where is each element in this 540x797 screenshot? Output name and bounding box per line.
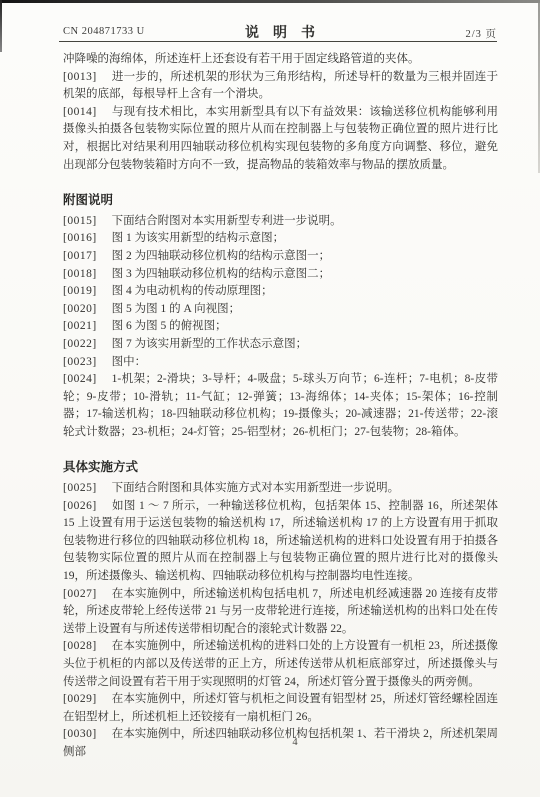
- header-divider: [59, 41, 497, 42]
- paragraph-text: 图 6 为图 5 的俯视图；: [112, 320, 227, 332]
- paragraph-text: 图 3 为四轴联动移位机构的结构示意图二；: [112, 268, 331, 280]
- paragraph: [0026]如图 1 ～ 7 所示，一种输送移位机构，包括架体 15、控制器 1…: [63, 498, 498, 586]
- paragraph-text: 图中：: [112, 356, 147, 368]
- patent-specification-page: CN 204871733 U 说明书 2/3 页 冲降噪的海绵体，所述连杆上还套…: [0, 0, 540, 797]
- paragraph-text: 图 1 为该实用新型的结构示意图；: [112, 232, 285, 244]
- paragraph-text: 在本实施例中，所述输送机构的进料口处的上方设置有一机柜 23，所述摄像头位于机柜…: [63, 640, 498, 687]
- section-heading: 附图说明: [63, 192, 498, 210]
- paragraph: [0014]与现有技术相比，本实用新型具有以下有益效果：该输送移位机构能够利用摄…: [63, 104, 498, 174]
- paragraph-text: 如图 1 ～ 7 所示，一种输送移位机构，包括架体 15、控制器 16，所述架体…: [63, 500, 498, 582]
- paragraph: [0018]图 3 为四轴联动移位机构的结构示意图二；: [63, 266, 498, 284]
- paragraph-text: 图 2 为四轴联动移位机构的结构示意图一；: [112, 250, 331, 262]
- paragraph: [0022]图 7 为该实用新型的工作状态示意图；: [63, 336, 498, 354]
- paragraph-number: [0021]: [63, 318, 97, 336]
- footer-page-number: 4: [0, 737, 540, 748]
- paragraph-number: [0026]: [63, 498, 97, 516]
- document-body: 冲降噪的海绵体，所述连杆上还套设有若干用于固定线路管道的夹体。[0013]进一步…: [63, 51, 498, 762]
- paragraph-number: [0013]: [63, 69, 97, 87]
- paragraph-number: [0016]: [63, 230, 97, 248]
- paragraph: [0015]下面结合附图对本实用新型专利进一步说明。: [63, 213, 498, 231]
- paragraph: 冲降噪的海绵体，所述连杆上还套设有若干用于固定线路管道的夹体。: [63, 51, 498, 69]
- document-title: 说明书: [63, 22, 497, 42]
- paragraph-number: [0022]: [63, 336, 97, 354]
- scan-edge-top: [0, 0, 540, 3]
- paragraph: [0017]图 2 为四轴联动移位机构的结构示意图一；: [63, 248, 498, 266]
- paragraph-text: 1-机架；2-滑块；3-导杆；4-吸盘；5-球头万向节；6-连杆；7-电机；8-…: [63, 373, 498, 438]
- paragraph-number: [0024]: [63, 371, 97, 389]
- paragraph-number: [0029]: [63, 691, 97, 709]
- paragraph-number: [0015]: [63, 213, 97, 231]
- paragraph-number: [0018]: [63, 266, 97, 284]
- paragraph-text: 下面结合附图和具体实施方式对本实用新型进一步说明。: [112, 482, 400, 494]
- paragraph: [0025]下面结合附图和具体实施方式对本实用新型进一步说明。: [63, 480, 498, 498]
- paragraph: [0021]图 6 为图 5 的俯视图；: [63, 318, 498, 336]
- paragraph: [0028]在本实施例中，所述输送机构的进料口处的上方设置有一机柜 23，所述摄…: [63, 638, 498, 691]
- paragraph: [0024]1-机架；2-滑块；3-导杆；4-吸盘；5-球头万向节；6-连杆；7…: [63, 371, 498, 441]
- paragraph-text: 进一步的，所述机架的形状为三角形结构，所述导杆的数量为三根并固连于机架的底部，每…: [63, 71, 498, 101]
- paragraph-text: 下面结合附图对本实用新型专利进一步说明。: [112, 215, 342, 227]
- paragraph-number: [0025]: [63, 480, 97, 498]
- page-indicator: 2/3 页: [465, 26, 497, 41]
- paragraph-number: [0019]: [63, 283, 97, 301]
- paragraph-number: [0028]: [63, 638, 97, 656]
- paragraph-number: [0020]: [63, 301, 97, 319]
- paragraph-text: 在本实施例中，所述灯管与机柜之间设置有铝型材 25，所述灯管经螺栓固连在铝型材上…: [63, 693, 498, 723]
- paragraph: [0023]图中：: [63, 354, 498, 372]
- paragraph-number: [0017]: [63, 248, 97, 266]
- paragraph: [0016]图 1 为该实用新型的结构示意图；: [63, 230, 498, 248]
- paragraph: [0027]在本实施例中，所述输送机构包括电机 7，所述电机经减速器 20 连接…: [63, 586, 498, 639]
- paragraph: [0020]图 5 为图 1 的 A 向视图；: [63, 301, 498, 319]
- page-header: CN 204871733 U 说明书 2/3 页: [63, 22, 497, 40]
- paragraph-number: [0014]: [63, 104, 97, 122]
- paragraph-number: [0027]: [63, 586, 97, 604]
- paragraph-text: 与现有技术相比，本实用新型具有以下有益效果：该输送移位机构能够利用摄像头拍摄各包…: [63, 106, 498, 171]
- paragraph-number: [0023]: [63, 354, 97, 372]
- paragraph: [0029]在本实施例中，所述灯管与机柜之间设置有铝型材 25，所述灯管经螺栓固…: [63, 691, 498, 726]
- paragraph: [0019]图 4 为电动机构的传动原理图；: [63, 283, 498, 301]
- paragraph-text: 在本实施例中，所述输送机构包括电机 7，所述电机经减速器 20 连接有皮带轮，所…: [63, 588, 498, 635]
- paragraph: [0013]进一步的，所述机架的形状为三角形结构，所述导杆的数量为三根并固连于机…: [63, 69, 498, 104]
- paragraph-text: 图 7 为该实用新型的工作状态示意图；: [112, 338, 308, 350]
- scan-edge-left: [0, 0, 2, 52]
- section-heading: 具体实施方式: [63, 459, 498, 477]
- paragraph-text: 图 4 为电动机构的传动原理图；: [112, 285, 273, 297]
- paragraph-text: 图 5 为图 1 的 A 向视图；: [112, 303, 240, 315]
